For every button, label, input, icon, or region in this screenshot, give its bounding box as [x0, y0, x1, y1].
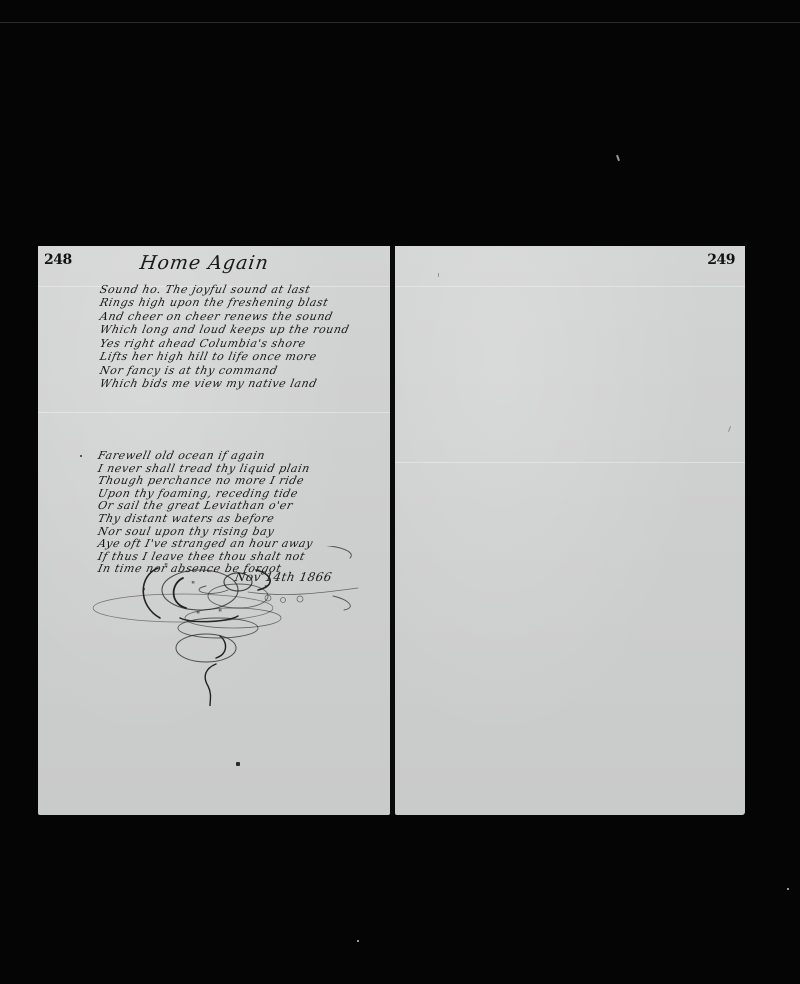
- ledger-page-right: 249: [395, 246, 745, 815]
- ink-blot: [236, 762, 240, 766]
- ink-dot: [80, 455, 82, 457]
- poem-title: Home Again: [138, 252, 270, 274]
- verse-line: Sound ho. The joyful sound at last: [99, 283, 382, 296]
- svg-text:": ": [191, 581, 195, 591]
- verse-line: Thy distant waters as before: [97, 513, 380, 526]
- svg-text:": ": [142, 587, 146, 596]
- ledger-page-left: 248 Home Again Sound ho. The joyful soun…: [38, 246, 390, 815]
- verse-line: Though perchance no more I ride: [97, 475, 380, 488]
- poem-stanza: Sound ho. The joyful sound at last Rings…: [100, 283, 380, 337]
- verse-line: And cheer on cheer renews the sound: [99, 310, 382, 323]
- ruled-line: [395, 462, 745, 463]
- scan-speck: [616, 155, 620, 161]
- entry-date: Nov 14th 1866: [234, 570, 333, 584]
- verse-line: Nor fancy is at thy command: [99, 364, 382, 377]
- scan-artifact-line: [0, 22, 800, 23]
- svg-text:": ": [164, 563, 168, 573]
- svg-text:": ": [264, 585, 268, 595]
- scan-speck: [787, 888, 789, 890]
- verse-line: Which bids me view my native land: [99, 377, 382, 390]
- verse-line: Which long and loud keeps up the round: [99, 323, 382, 336]
- ink-dot: [438, 273, 439, 277]
- svg-text:": ": [218, 609, 222, 619]
- scan-speck: [357, 940, 359, 942]
- ruled-line: [395, 286, 745, 287]
- ruled-line: [38, 412, 390, 413]
- ink-dot: [728, 426, 731, 432]
- verse-line: Lifts her high hill to life once more: [99, 350, 382, 363]
- svg-text:": ": [196, 611, 200, 621]
- poem-stanza: Yes right ahead Columbia's shore Lifts h…: [100, 337, 380, 391]
- page-number: 249: [707, 252, 735, 268]
- page-number: 248: [44, 252, 72, 268]
- verse-line: Yes right ahead Columbia's shore: [99, 337, 382, 350]
- verse-line: Farewell old ocean if again: [97, 450, 380, 463]
- verse-line: Rings high upon the freshening blast: [99, 296, 382, 309]
